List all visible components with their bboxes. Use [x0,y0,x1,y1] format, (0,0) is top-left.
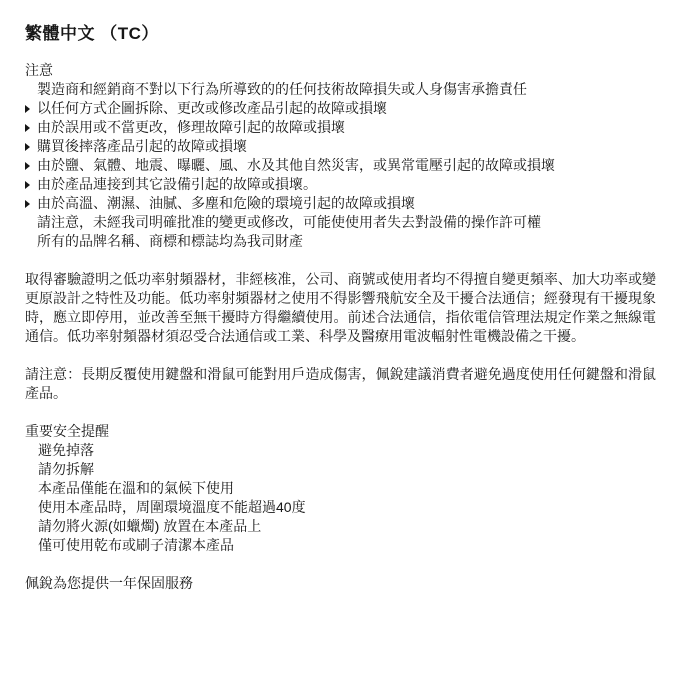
safety-item: 請勿拆解 [25,460,656,479]
notice-bullet-item: 由於高溫、潮濕、油膩、多塵和危險的環境引起的故障或損壞 [25,194,656,213]
notice-bullet-item: 購買後摔落產品引起的故障或損壞 [25,137,656,156]
notice-bullet-text: 由於產品連接到其它設備引起的故障或損壞。 [37,175,656,194]
safety-item: 使用本產品時，周圍環境溫度不能超過40度 [25,498,656,517]
notice-intro: 製造商和經銷商不對以下行為所導致的的任何技術故障損失或人身傷害承擔責任 [25,80,656,99]
bullet-triangle-icon [25,137,37,156]
bullet-triangle-icon [25,118,37,137]
usage-caution-paragraph: 請注意：長期反覆使用鍵盤和滑鼠可能對用戶造成傷害，佩銳建議消費者避免過度使用任何… [25,365,656,403]
notice-bullet-item: 由於誤用或不當更改，修理故障引起的故障或損壞 [25,118,656,137]
spacer [25,403,656,422]
notice-note: 所有的品牌名稱、商標和標誌均為我司財產 [25,232,656,251]
safety-item: 僅可使用乾布或刷子清潔本產品 [25,536,656,555]
spacer [25,555,656,574]
bullet-triangle-icon [25,156,37,175]
notice-bullet-text: 以任何方式企圖拆除、更改或修改產品引起的故障或損壞 [37,99,656,118]
notice-bullet-text: 由於高溫、潮濕、油膩、多塵和危險的環境引起的故障或損壞 [37,194,656,213]
warranty-line: 佩銳為您提供一年保固服務 [25,574,656,593]
bullet-triangle-icon [25,194,37,213]
notice-bullet-text: 購買後摔落產品引起的故障或損壞 [37,137,656,156]
safety-heading: 重要安全提醒 [25,422,656,441]
notice-bullet-text: 由於誤用或不當更改，修理故障引起的故障或損壞 [37,118,656,137]
notice-bullet-text: 由於鹽、氣體、地震、曝曬、風、水及其他自然災害，或異常電壓引起的故障或損壞 [37,156,656,175]
ncc-regulation-paragraph: 取得審驗證明之低功率射頻器材，非經核准，公司、商號或使用者均不得擅自變更頻率、加… [25,270,656,346]
spacer [25,346,656,365]
page-title: 繁體中文 （TC） [25,22,656,45]
bullet-triangle-icon [25,99,37,118]
notice-note: 請注意，未經我司明確批准的變更或修改，可能使使用者失去對設備的操作許可權 [25,213,656,232]
document-page: 繁體中文 （TC） 注意 製造商和經銷商不對以下行為所導致的的任何技術故障損失或… [0,0,680,680]
notice-bullet-item: 由於產品連接到其它設備引起的故障或損壞。 [25,175,656,194]
bullet-triangle-icon [25,175,37,194]
safety-item: 請勿將火源(如蠟燭) 放置在本產品上 [25,517,656,536]
safety-item: 避免掉落 [25,441,656,460]
spacer [25,251,656,270]
notice-bullet-item: 由於鹽、氣體、地震、曝曬、風、水及其他自然災害，或異常電壓引起的故障或損壞 [25,156,656,175]
notice-bullet-item: 以任何方式企圖拆除、更改或修改產品引起的故障或損壞 [25,99,656,118]
notice-heading: 注意 [25,61,656,80]
safety-item: 本產品僅能在溫和的氣候下使用 [25,479,656,498]
